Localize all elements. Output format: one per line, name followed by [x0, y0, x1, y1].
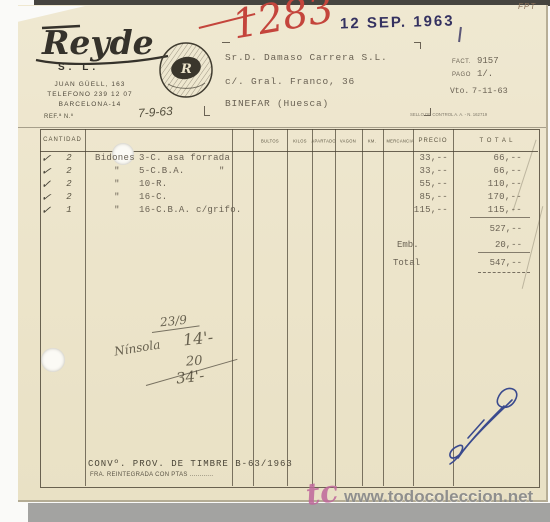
company-name: Reyde [41, 23, 154, 62]
header-col: VAGON [336, 140, 359, 144]
address-line: JUAN GÜELL, 163 [40, 80, 140, 90]
customer-street: c/. Gral. Franco, 36 [225, 76, 355, 87]
signature-scribble [436, 380, 536, 470]
unit-price: 115,-- [400, 205, 448, 215]
table-row: ✓ 2 Bidones3-C. asa forrada 33,-- 66,-- [0, 153, 550, 165]
header-col: KM. [360, 140, 383, 144]
line-total: 66,-- [458, 153, 522, 163]
description: Bidones3-C. asa forrada [95, 153, 230, 163]
handwritten-corner-note: FPT [518, 2, 536, 11]
summary-rule [478, 252, 530, 253]
company-address: JUAN GÜELL, 163 TELEFONO 239 12 07 BARCE… [40, 80, 140, 110]
hole-punch [41, 348, 65, 372]
packing-value: 20,-- [458, 240, 522, 250]
total-value: 547,-- [458, 258, 522, 268]
watermark-logo: tc [304, 474, 341, 513]
pago-value: 1/. [477, 69, 493, 79]
watermark-url: www.todocoleccion.net [344, 487, 533, 507]
customer-city: BINEFAR (Huesca) [225, 98, 329, 109]
table-row: ✓ 2 "16-C. 85,-- 170,-- [0, 192, 550, 204]
pencil-note-value: 14'- [182, 327, 214, 349]
scanned-invoice-page: Reyde S. L. JUAN GÜELL, 163 TELEFONO 239… [0, 0, 550, 522]
line-total: 66,-- [458, 166, 522, 176]
description: "10-R. [95, 179, 168, 189]
header-cantidad: CANTIDAD [40, 137, 85, 143]
header-col: APARTADO [311, 140, 334, 144]
round-emblem-stamp: R [156, 40, 216, 102]
total-dashed-rule [478, 268, 530, 273]
description: "5-C.B.A." [95, 166, 225, 176]
address-line: TELEFONO 239 12 07 [40, 90, 140, 100]
corner-mark-bottom-left [204, 106, 210, 116]
header-col: KILOS [288, 140, 311, 144]
fold-crease [18, 127, 546, 128]
table-row: ✓ 2 "5-C.B.A." 33,-- 66,-- [0, 166, 550, 178]
header-precio: PRECIO [413, 138, 453, 144]
total-label: Total [393, 258, 420, 268]
ref-handwritten-date: 7-9-63 [138, 104, 174, 120]
fact-label: FACT. [452, 59, 471, 65]
tax-convention-stamp: CONVº. PROV. DE TIMBRE B-63/1963 [88, 459, 293, 469]
unit-price: 33,-- [400, 166, 448, 176]
emblem-letter: R [180, 62, 192, 77]
pago-label: PAGO [452, 72, 471, 78]
quantity: 2 [44, 153, 72, 163]
reintegro-line: FRA. REINTEGRADA CON PTAS ............ [90, 472, 213, 478]
quantity: 1 [44, 205, 72, 215]
line-total: 110,-- [458, 179, 522, 189]
packing-label: Emb. [397, 240, 419, 250]
subtotal-value: 527,-- [458, 224, 522, 234]
fact-number: 9157 [477, 56, 499, 66]
corner-mark-top-right [414, 42, 421, 49]
unit-price: 55,-- [400, 179, 448, 189]
address-line: BARCELONA-14 [40, 100, 140, 110]
ref-label: REF.ª N.º [44, 114, 74, 120]
unit-price: 33,-- [400, 153, 448, 163]
quantity: 2 [44, 166, 72, 176]
summary-rule [470, 217, 530, 218]
description: "16-C. [95, 192, 168, 202]
quantity: 2 [44, 192, 72, 202]
corner-mark-top-left [222, 42, 230, 44]
company-suffix: S. L. [58, 62, 99, 73]
header-total: T O T A L [455, 138, 538, 144]
header-col: MERCANCIA [386, 140, 409, 144]
control-print-line: SELLO DE CONTROL A. A. - N. 162719 [410, 113, 487, 117]
vto-label: Vto. [450, 87, 469, 96]
customer-name: Sr.D. Damaso Carrera S.L. [225, 52, 388, 63]
table-row: ✓ 1 "16-C.B.A. c/grifo. 115,-- 115,-- [0, 205, 550, 217]
date-stamp: 12 SEP. 1963 [340, 13, 455, 33]
header-col: BULTOS [258, 140, 281, 144]
unit-price: 85,-- [400, 192, 448, 202]
table-row: ✓ 2 "10-R. 55,-- 110,-- [0, 179, 550, 191]
line-total: 170,-- [458, 192, 522, 202]
description: "16-C.B.A. c/grifo. [95, 205, 242, 215]
quantity: 2 [44, 179, 72, 189]
vto-date: 7-11-63 [472, 86, 508, 96]
